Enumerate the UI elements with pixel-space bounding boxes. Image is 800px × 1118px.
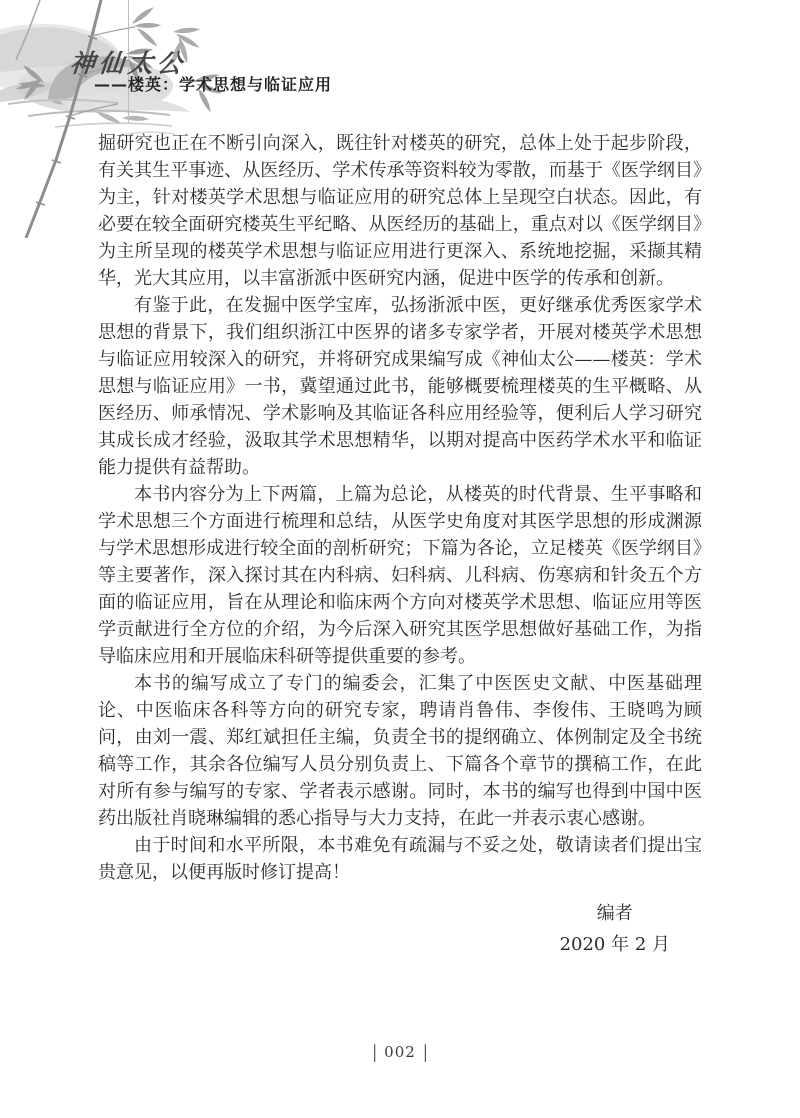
book-subtitle: ——楼英：学术思想与临证应用 bbox=[94, 72, 332, 95]
footer-right-bar: | bbox=[423, 1042, 428, 1063]
paragraph-5: 由于时间和水平所限，本书难免有疏漏与不妥之处，敬请读者们提出宝贵意见，以便再版时… bbox=[98, 832, 702, 886]
paragraph-2: 有鉴于此，在发掘中医学宝库，弘扬浙派中医，更好继承优秀医家学术思想的背景下，我们… bbox=[98, 292, 702, 481]
signature-author: 编者 bbox=[560, 898, 670, 929]
paragraph-4: 本书的编写成立了专门的编委会，汇集了中医医史文献、中医基础理论、中医临床各科等方… bbox=[98, 670, 702, 832]
book-page: 神仙太公 ——楼英：学术思想与临证应用 掘研究也正在不断引向深入，既往针对楼英的… bbox=[0, 0, 800, 1118]
page-footer: |002| bbox=[0, 1043, 800, 1061]
page-number: 002 bbox=[384, 1043, 416, 1061]
paragraph-1: 掘研究也正在不断引向深入，既往针对楼英的研究，总体上处于起步阶段，有关其生平事迹… bbox=[98, 130, 702, 292]
signature-block: 编者 2020 年 2 月 bbox=[560, 898, 670, 960]
footer-left-bar: | bbox=[372, 1042, 377, 1063]
signature-date: 2020 年 2 月 bbox=[560, 929, 670, 960]
preface-body: 掘研究也正在不断引向深入，既往针对楼英的研究，总体上处于起步阶段，有关其生平事迹… bbox=[98, 130, 702, 886]
paragraph-3: 本书内容分为上下两篇，上篇为总论，从楼英的时代背景、生平事略和学术思想三个方面进… bbox=[98, 481, 702, 670]
